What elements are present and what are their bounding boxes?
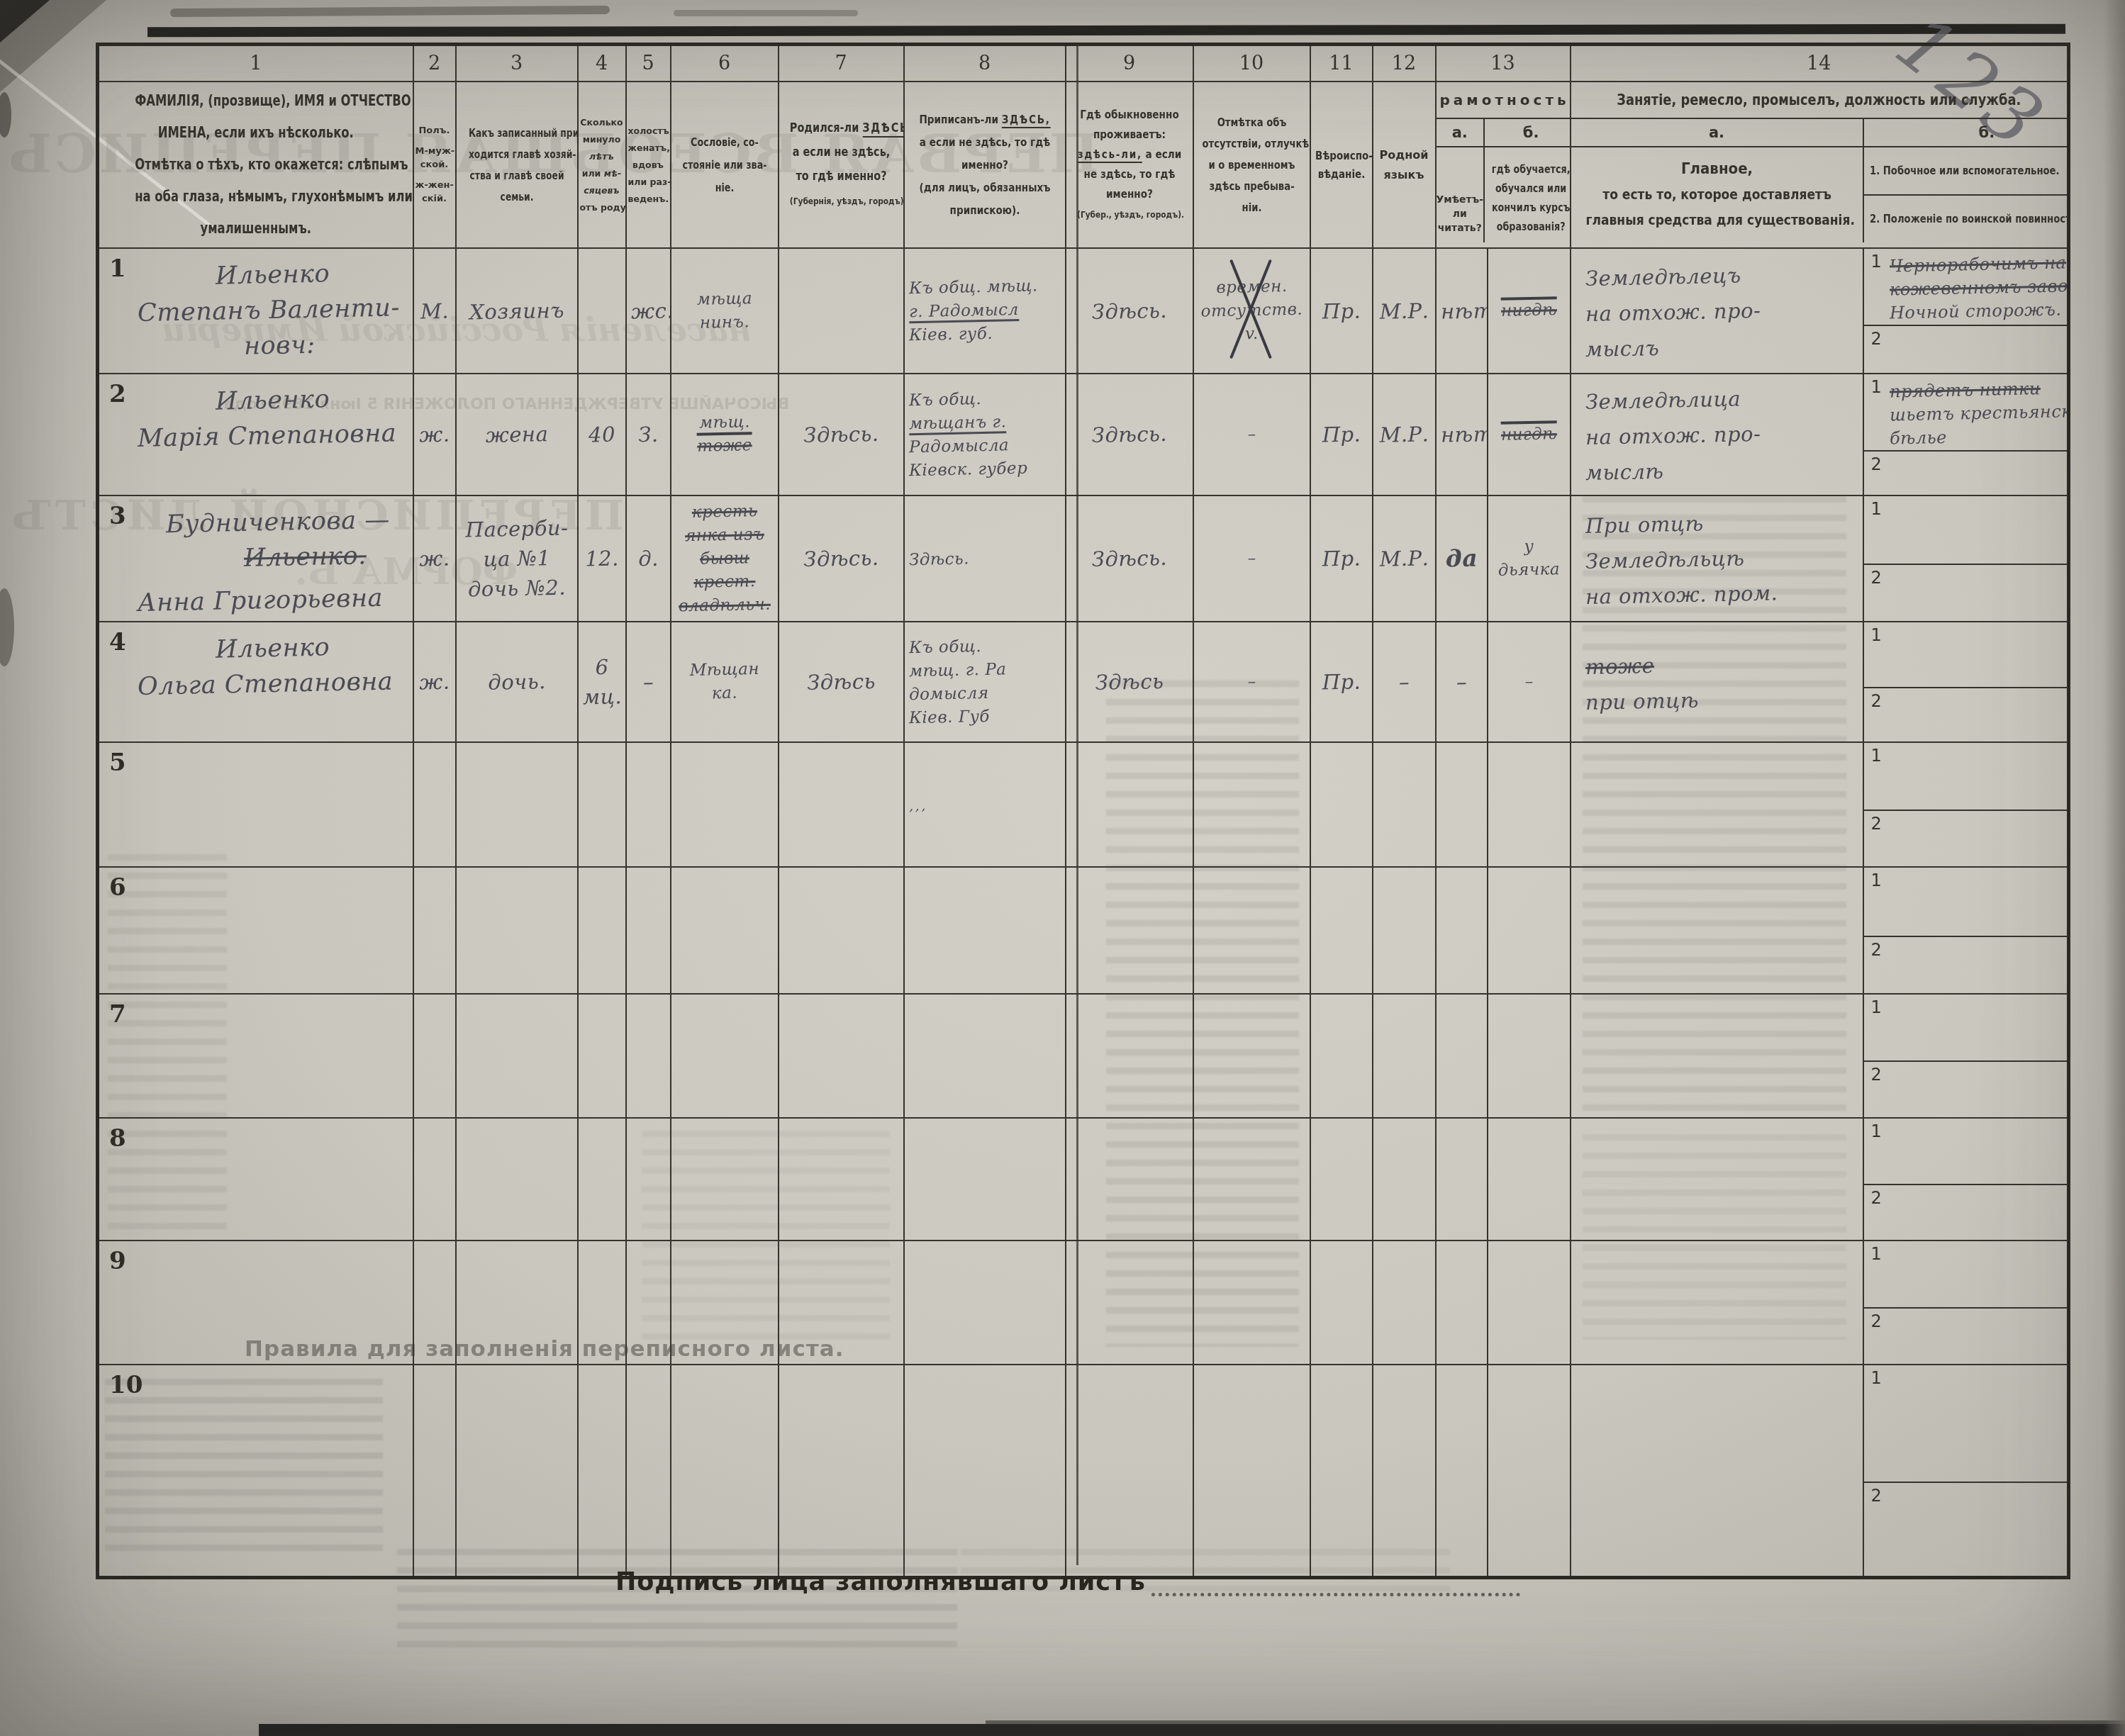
cell-r7-occb: 12 [1863,994,2069,1118]
sub-row-number: 1 [1871,377,1882,397]
occupation-secondary-2: 2 [1864,936,2068,990]
signature-label: Подпись лица заполнявшаго листъ [615,1568,1146,1596]
cell-r7-abs [1193,994,1310,1118]
cell-r10-reg [904,1365,1066,1577]
column-headers-row: ФАМИЛІЯ, (прозвище), ИМЯ и ОТЧЕСТВО илиИ… [98,82,2069,248]
col-num-3: 3 [456,45,578,82]
cell-r6-abs [1193,867,1310,994]
occupation-secondary-1: 1Чернорабочимъ накожевенномъ заводѣНочно… [1864,249,2068,325]
row-number: 1 [109,254,126,283]
cell-r4-res: Здѣсь [1066,622,1193,742]
cell-r7-lita [1436,994,1488,1118]
sub-row-number: 2 [1871,940,1882,960]
cell-r10-abs [1193,1365,1310,1577]
row-number: 7 [109,1000,126,1029]
table-header: 1234567891011121314ФАМИЛІЯ, (прозвище), … [98,45,2069,249]
cell-r5-lita [1436,742,1488,867]
cell-r10-lita [1436,1365,1488,1577]
cell-r6-litb [1488,867,1571,994]
header-c2: Полъ.М-муж-ской.ж-жен-скій. [413,82,456,248]
cell-r7-occa [1571,994,1863,1118]
cell-r8-abs [1193,1118,1310,1241]
cell-r5-abs [1193,742,1310,867]
cell-r8-litb [1488,1118,1571,1241]
edge-stain [0,588,14,666]
occupation-secondary-2: 2 [1864,810,2068,863]
cell-r5-lang [1373,742,1436,867]
col-num-10: 10 [1193,45,1310,82]
occupation-secondary-1: 1 [1864,1119,2068,1184]
cell-r1-reg: Къ общ. мѣщ.г. РадомыслКіев. губ. [904,248,1066,374]
header-c7: Родился-ли ЗДѢСЬ,а если не здѣсь,то гдѣ … [779,82,904,248]
cell-r5-occa [1571,742,1863,867]
cell-r1-occa: Земледѣлецъна отхож. про-мыслъ [1571,248,1863,374]
cell-r5-faith [1310,742,1373,867]
col-num-9: 9 [1066,45,1193,82]
cell-r9-name: 9 [98,1241,413,1365]
cell-r6-lang [1373,867,1436,994]
header-c14-b: б.1. Побочное или вспомогательное.2. Пол… [1864,119,2069,242]
torn-edge-smudge [674,10,858,16]
cell-r6-sex [413,867,456,994]
cell-r5-age [578,742,626,867]
cell-r10-mar [626,1365,671,1577]
cell-r2-lita: нѣтъ [1436,374,1488,495]
sub-row-number: 2 [1871,1486,1882,1506]
sub-row-number: 1 [1871,1244,1882,1264]
cell-r5-sex [413,742,456,867]
header-c14-b-item-2: 2. Положеніе по воинской повинности. [1864,194,2069,242]
header-c14: Занятіе, ремесло, промыселъ, должность и… [1571,82,2069,248]
table-row: 912 [98,1241,2069,1365]
cell-r6-age [578,867,626,994]
sub-row-number: 2 [1871,1065,1882,1085]
cell-r6-mar [626,867,671,994]
cell-r4-occa: тожепри отцѣ [1571,622,1863,742]
cell-r2-reg: Къ общ.мѣщанъ г.РадомыслаКіевск. губер [904,374,1066,495]
cell-r10-occa [1571,1365,1863,1577]
cell-r6-reg [904,867,1066,994]
cell-r8-rel [456,1118,578,1241]
cell-r8-mar [626,1118,671,1241]
header-c9: Гдѣ обыкновеннопроживаетъ:здѣсь-ли, а ес… [1066,82,1193,248]
occupation-secondary-2: 2 [1864,450,2068,492]
header-c4: Сколькоминулолѣтъили мѣ-сяцевъотъ роду. [578,82,626,248]
cell-r9-mar [626,1241,671,1365]
header-c12: Роднойязыкъ [1373,82,1436,248]
cell-r10-sex [413,1365,456,1577]
row-number: 2 [109,380,126,408]
cell-r2-sex: ж. [413,374,456,495]
cell-r2-born: Здѣсь. [779,374,904,495]
cell-r8-lang [1373,1118,1436,1241]
cell-r7-age [578,994,626,1118]
cell-r6-rel [456,867,578,994]
census-sheet-scan: ПЕРВАЯ ВСЕОБЩАЯ ПЕРЕПИСЬ населенія Россі… [0,0,2125,1736]
cell-r7-born [779,994,904,1118]
occupation-secondary-1: 1 [1864,868,2068,936]
sub-row-number: 2 [1871,814,1882,834]
cell-r1-litb: нигдѣ [1488,248,1571,374]
col-num-6: 6 [671,45,779,82]
cell-r9-res [1066,1241,1193,1365]
table-row: 712 [98,994,2069,1118]
cell-r7-sex [413,994,456,1118]
fold-double-rule [1076,44,1078,1565]
cell-r2-mar: З. [626,374,671,495]
cell-r10-est [671,1365,779,1577]
cell-r9-age [578,1241,626,1365]
table-row: 812 [98,1118,2069,1241]
sub-row-number: 1 [1871,252,1882,271]
cell-r3-name: 3Будниченкова —Ильенко.Анна Григорьевна [98,495,413,622]
cell-r4-age: 6мц. [578,622,626,742]
cell-r4-faith: Пр. [1310,622,1373,742]
cell-r2-res: Здѣсь. [1066,374,1193,495]
header-c13-b: б.гдѣ обучается,обучался иликончилъ курс… [1485,119,1571,242]
cell-r5-est [671,742,779,867]
occupation-secondary-2: 2 [1864,687,2068,739]
cell-r4-est: Мѣщанка. [671,622,779,742]
cell-r9-rel [456,1241,578,1365]
cell-r1-sex: М. [413,248,456,374]
cell-r4-reg: Къ общ.мѣщ. г. РадомысляКіев. Губ [904,622,1066,742]
table-row: 2ИльенкоМарія Степановнаж.жена40З.мѣщ.то… [98,374,2069,495]
cell-r6-name: 6 [98,867,413,994]
header-c11: Вѣроиспо-вѣданіе. [1310,82,1373,248]
cell-r7-name: 7 [98,994,413,1118]
cell-r8-faith [1310,1118,1373,1241]
cell-r1-faith: Пр. [1310,248,1373,374]
col-num-12: 12 [1373,45,1436,82]
sub-row-number: 1 [1871,1121,1882,1141]
table-row: 3Будниченкова —Ильенко.Анна Григорьевнаж… [98,495,2069,622]
cell-r3-rel: Пасерби-ца №1дочь №2. [456,495,578,622]
row-number: 8 [109,1124,126,1153]
cell-r3-age: 12. [578,495,626,622]
header-c6: Сословіе, со-стояніе или зва-ніе. [671,82,779,248]
occupation-secondary-2: 2 [1864,1060,2068,1114]
header-c3: Какъ записанный при-ходится главѣ хозяй-… [456,82,578,248]
cell-r6-est [671,867,779,994]
sub-row-number: 1 [1871,746,1882,766]
cell-r4-occb: 12 [1863,622,2069,742]
cell-r1-name: 1ИльенкоСтепанъ Валенти-новч: [98,248,413,374]
header-c14-a: а.Главное,то есть то, которое доставляет… [1571,119,1864,242]
cell-r6-occb: 12 [1863,867,2069,994]
cell-r9-occb: 12 [1863,1241,2069,1365]
table-row: 1ИльенкоСтепанъ Валенти-новч:М.Хозяинъжс… [98,248,2069,374]
cell-r10-lang [1373,1365,1436,1577]
row-number: 4 [109,628,126,656]
cell-r8-occa [1571,1118,1863,1241]
cell-r5-name: 5 [98,742,413,867]
occupation-secondary-2: 2 [1864,1482,2068,1574]
occupation-secondary-2: 2 [1864,1184,2068,1237]
cell-r3-born: Здѣсь. [779,495,904,622]
sub-row-number: 2 [1871,1188,1882,1208]
cell-r9-lita [1436,1241,1488,1365]
scan-bottom-edge [986,1720,2125,1726]
occupation-secondary-2: 2 [1864,1307,2068,1361]
sub-row-number: 1 [1871,997,1882,1017]
header-c14-title: Занятіе, ремесло, промыселъ, должность и… [1571,82,2068,119]
sub-row-number: 2 [1871,1311,1882,1331]
cell-r6-born [779,867,904,994]
cell-r1-mar: жс. [626,248,671,374]
cell-r3-occb: 12 [1863,495,2069,622]
cell-r9-reg [904,1241,1066,1365]
cell-r4-lang: – [1373,622,1436,742]
cell-r9-est [671,1241,779,1365]
census-table: 1234567891011121314ФАМИЛІЯ, (прозвище), … [96,43,2070,1579]
signature-line: Подпись лица заполнявшаго листъ [615,1568,1520,1596]
cell-r8-res [1066,1118,1193,1241]
table-row: 4ИльенкоОльга Степановнаж.дочь.6мц.–Мѣща… [98,622,2069,742]
cell-r10-rel [456,1365,578,1577]
occupation-secondary-1: 1 [1864,622,2068,687]
cell-r2-faith: Пр. [1310,374,1373,495]
header-c8: Приписанъ-ли ЗДѢСЬ,а если не здѣсь, то г… [904,82,1066,248]
sub-row-number: 1 [1871,625,1882,645]
cell-r1-rel: Хозяинъ [456,248,578,374]
sub-row-number: 2 [1871,568,1882,588]
cell-r2-rel: жена [456,374,578,495]
table-row: 612 [98,867,2069,994]
cell-r1-occb: 1Чернорабочимъ накожевенномъ заводѣНочно… [1863,248,2069,374]
cell-r8-sex [413,1118,456,1241]
scan-right-edge [2104,0,2125,1736]
cell-r4-born: Здѣсь [779,622,904,742]
cell-r3-faith: Пр. [1310,495,1373,622]
cell-r6-res [1066,867,1193,994]
cell-r8-name: 8 [98,1118,413,1241]
torn-edge-smudge [170,6,610,17]
col-num-2: 2 [413,45,456,82]
cell-r9-abs [1193,1241,1310,1365]
cell-r10-born [779,1365,904,1577]
cell-r3-occa: При отцѣЗемледѣльцѣна отхож. пром. [1571,495,1863,622]
table-row: 1012 [98,1365,2069,1577]
table-row: 5‚‚‚12 [98,742,2069,867]
cell-r10-age [578,1365,626,1577]
cell-r8-age [578,1118,626,1241]
cell-r9-lang [1373,1241,1436,1365]
cell-r8-lita [1436,1118,1488,1241]
cell-r5-occb: 12 [1863,742,2069,867]
cell-r4-sex: ж. [413,622,456,742]
occupation-secondary-1: 1 [1864,1241,2068,1307]
col-num-7: 7 [779,45,904,82]
column-numbers-row: 1234567891011121314 [98,45,2069,82]
row-number: 5 [109,749,126,777]
cell-r7-litb [1488,994,1571,1118]
cell-r7-mar [626,994,671,1118]
cell-r1-res: Здѣсь. [1066,248,1193,374]
header-c1: ФАМИЛІЯ, (прозвище), ИМЯ и ОТЧЕСТВО илиИ… [98,82,413,248]
cell-r7-faith [1310,994,1373,1118]
cell-r4-litb: – [1488,622,1571,742]
cell-r3-lita: да [1436,495,1488,622]
cell-r1-abs: времен.отсутств.v. [1193,248,1310,374]
cell-r2-est: мѣщ.тоже [671,374,779,495]
row-number: 6 [109,873,126,902]
cell-r9-faith [1310,1241,1373,1365]
cell-r9-born [779,1241,904,1365]
signature-dotted-line [1151,1572,1520,1596]
cell-r2-name: 2ИльенкоМарія Степановна [98,374,413,495]
cell-r5-mar [626,742,671,867]
cell-r6-faith [1310,867,1373,994]
cell-r2-lang: М.Р. [1373,374,1436,495]
header-c13-a: а.Умѣетъ-личитать? [1437,119,1485,242]
cell-r10-litb [1488,1365,1571,1577]
cell-r2-abs: – [1193,374,1310,495]
row-number: 3 [109,502,126,530]
cell-r7-res [1066,994,1193,1118]
header-c5: холостъ,женатъ,вдовъили раз-веденъ. [626,82,671,248]
edge-stain [0,92,11,138]
occupation-secondary-2: 2 [1864,564,2068,618]
cell-r2-occb: 1прядетъ ниткишьетъ крестьянскоебѣлье2 [1863,374,2069,495]
cell-r3-res: Здѣсь. [1066,495,1193,622]
cell-r7-lang [1373,994,1436,1118]
sub-row-number: 1 [1871,499,1882,519]
cell-r2-litb: нигдѣ [1488,374,1571,495]
cell-r10-faith [1310,1365,1373,1577]
occupation-secondary-2: 2 [1864,325,2068,370]
cell-r4-rel: дочь. [456,622,578,742]
cell-r3-mar: д. [626,495,671,622]
cell-r7-reg [904,994,1066,1118]
cell-r8-occb: 12 [1863,1118,2069,1241]
header-c10: Отмѣтка объотсутствіи, отлучкѣи о времен… [1193,82,1310,248]
cell-r7-rel [456,994,578,1118]
cell-r5-reg: ‚‚‚ [904,742,1066,867]
occupation-secondary-1: 1 [1864,995,2068,1060]
cell-r2-age: 40 [578,374,626,495]
cell-r1-lang: М.Р. [1373,248,1436,374]
cell-r1-lita: нѣтъ [1436,248,1488,374]
cell-r8-est [671,1118,779,1241]
cell-r3-sex: ж. [413,495,456,622]
cell-r10-name: 10 [98,1365,413,1577]
cell-r8-born [779,1118,904,1241]
cell-r5-born [779,742,904,867]
col-num-8: 8 [904,45,1066,82]
cell-r9-sex [413,1241,456,1365]
header-c13-title: Грамотность. [1437,82,1570,119]
cell-r3-abs: – [1193,495,1310,622]
cell-r7-est [671,994,779,1118]
sub-row-number: 2 [1871,454,1882,474]
cell-r3-est: крестьянка изъбывшкрест.владѣльч. [671,495,779,622]
col-num-11: 11 [1310,45,1373,82]
occupation-secondary-1: 1прядетъ ниткишьетъ крестьянскоебѣлье [1864,374,2068,450]
cell-r6-lita [1436,867,1488,994]
cell-r6-occa [1571,867,1863,994]
col-num-13: 13 [1436,45,1571,82]
cell-r5-rel [456,742,578,867]
cell-r1-born [779,248,904,374]
occupation-secondary-1: 1 [1864,743,2068,810]
cell-r2-occa: Земледѣлицана отхож. про-мыслѣ [1571,374,1863,495]
sub-row-number: 1 [1871,870,1882,890]
cell-r8-reg [904,1118,1066,1241]
cell-r4-lita: – [1436,622,1488,742]
cell-r4-mar: – [626,622,671,742]
sub-row-number: 1 [1871,1368,1882,1388]
cell-r1-est: мѣщанинъ. [671,248,779,374]
cell-r1-age [578,248,626,374]
cell-r4-name: 4ИльенкоОльга Степановна [98,622,413,742]
cell-r9-litb [1488,1241,1571,1365]
col-num-14: 14 [1571,45,2069,82]
table-top-rule [147,24,2065,38]
cell-r10-occb: 12 [1863,1365,2069,1577]
cell-r10-res [1066,1365,1193,1577]
cell-r4-abs: – [1193,622,1310,742]
cell-r9-occa [1571,1241,1863,1365]
cell-r5-res [1066,742,1193,867]
col-num-1: 1 [98,45,413,82]
header-c13: Грамотность.а.Умѣетъ-личитать?б.гдѣ обуч… [1436,82,1571,248]
cell-r3-reg: Здѣсь. [904,495,1066,622]
row-number: 10 [109,1371,143,1399]
occupation-secondary-1: 1 [1864,1365,2068,1482]
col-num-5: 5 [626,45,671,82]
occupation-secondary-1: 1 [1864,496,2068,564]
col-num-4: 4 [578,45,626,82]
cell-r3-lang: М.Р. [1373,495,1436,622]
sub-row-number: 2 [1871,329,1882,349]
cell-r3-litb: удьячка [1488,495,1571,622]
cell-r5-litb [1488,742,1571,867]
header-c14-b-item-1: 1. Побочное или вспомогательное. [1864,147,2069,194]
row-number: 9 [109,1247,126,1275]
table-body: 1ИльенкоСтепанъ Валенти-новч:М.Хозяинъжс… [98,248,2069,1577]
sub-row-number: 2 [1871,691,1882,711]
